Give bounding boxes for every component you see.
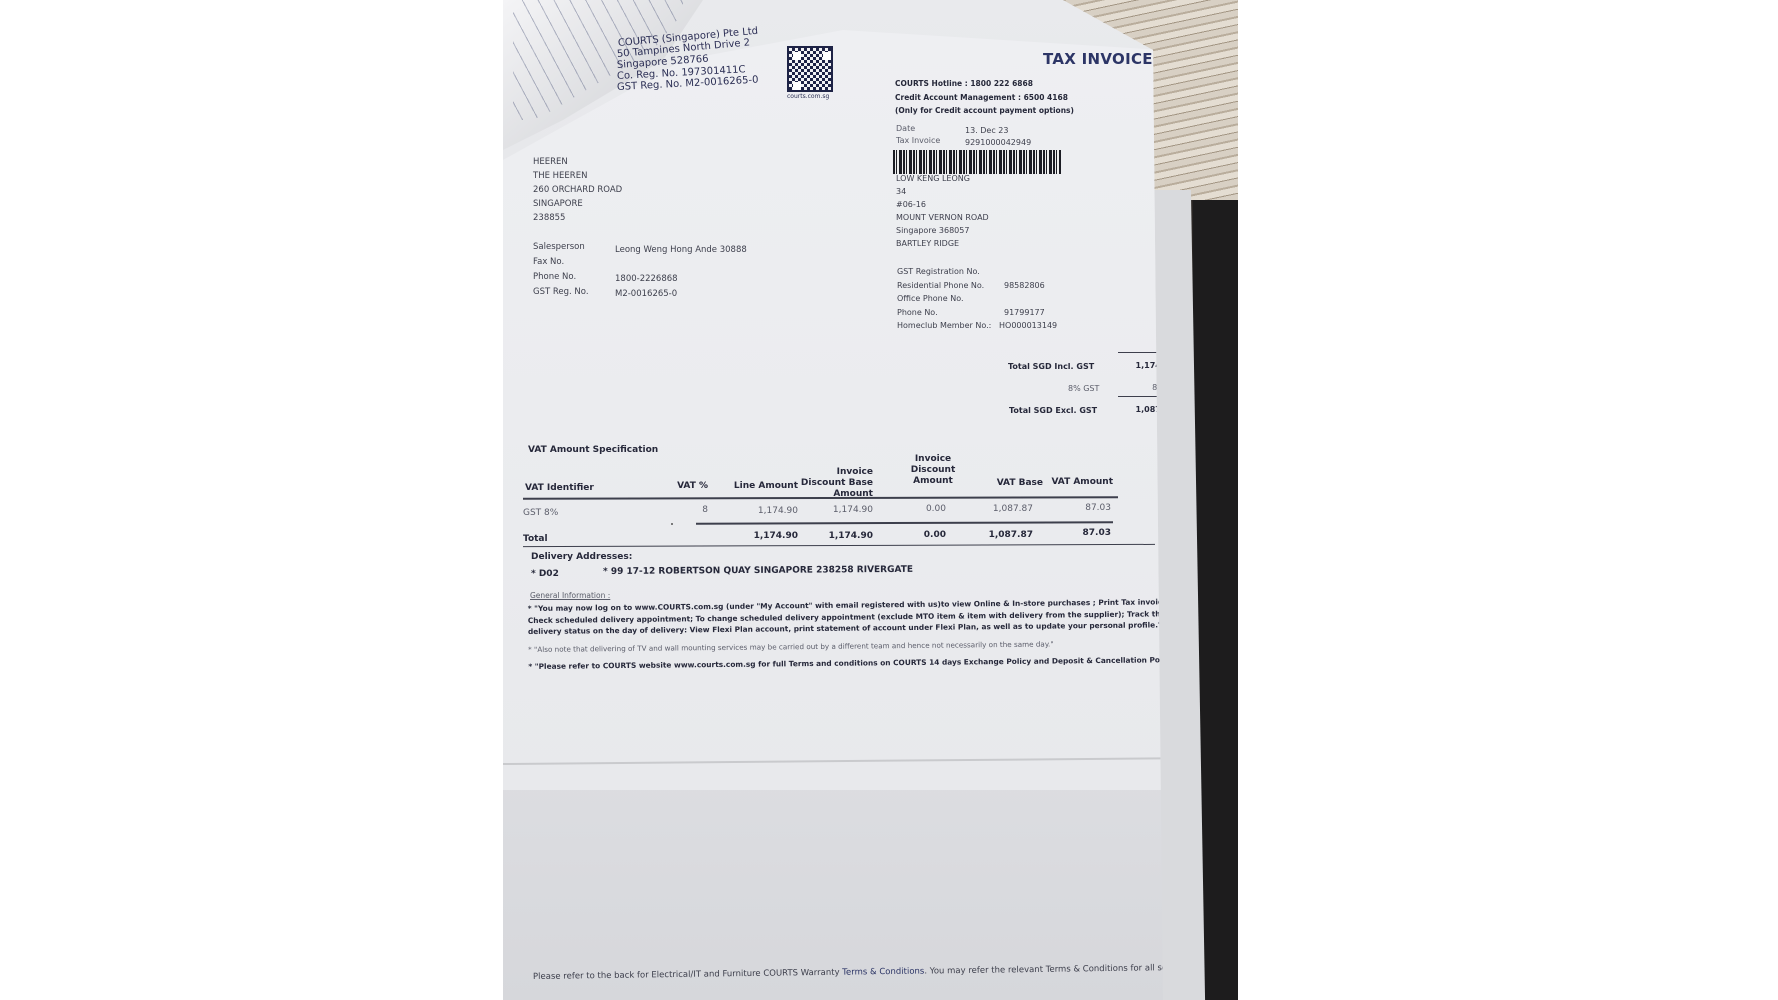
credit-hotline: Credit Account Management : 6500 4168 [895,92,1068,103]
store-address: HEEREN THE HEEREN 260 ORCHARD ROAD SINGA… [533,155,622,225]
customer-line: BARTLEY RIDGE [896,237,989,250]
hotline: COURTS Hotline : 1800 222 6868 [895,78,1033,89]
barcode-icon [893,150,1061,174]
total-vat-base: 1,087.87 [963,530,1033,541]
col-vat-amount: VAT Amount [1033,477,1113,488]
note-line: * "Also note that delivering of TV and w… [528,637,1180,655]
total-line-amount: 1,174.90 [718,531,798,542]
invoice-sheet: COURTS (Singapore) Pte Ltd 50 Tampines N… [503,0,1193,1000]
credit-note: (Only for Credit account payment options… [895,105,1074,116]
footer-text-a: Please refer to the back for Electrical/… [533,968,842,982]
document-title: TAX INVOICE [1043,50,1153,68]
customer-contact-value: HO000013149 [999,320,1057,331]
customer-line: Singapore 368057 [896,224,989,237]
tax-invoice-number: 9291000042949 [965,137,1031,148]
customer-contact-value: 91799177 [1004,307,1045,318]
invoice-photo: COURTS (Singapore) Pte Ltd 50 Tampines N… [503,0,1238,1000]
store-line: 260 ORCHARD ROAD [533,183,622,197]
date-value: 13. Dec 23 [965,125,1008,136]
cell-vat-pct: 8 [678,505,708,516]
store-line: 238855 [533,211,622,225]
general-info-heading: General Information : [530,590,610,601]
customer-line: 34 [896,185,989,198]
footer-note: Please refer to the back for Electrical/… [533,962,1230,982]
stray-mark [671,523,673,525]
qr-label: courts.com.sg [787,93,829,100]
total-excl-label: Total SGD Excl. GST [1009,405,1097,416]
store-line: THE HEEREN [533,169,622,183]
delivery-code: * D02 [531,569,559,580]
customer-line: #06-16 [896,198,989,211]
delivery-heading: Delivery Addresses: [531,552,632,563]
general-info-notes: * "You may now log on to www.COURTS.com.… [528,596,1181,672]
store-contact-value: 1800-2226868 [615,274,678,285]
col-invoice-discount-base: Invoice Discount Base Amount [793,467,873,500]
col-vat-identifier: VAT Identifier [525,483,594,494]
col-vat-pct: VAT % [658,481,708,492]
store-contact-label: Phone No. [533,272,576,283]
footer-terms-link: Terms & Conditions [842,967,924,978]
cell-vat-amount: 87.03 [1043,503,1111,514]
customer-contact-label: GST Registration No. [897,266,980,277]
cell-disc-amount: 0.00 [903,504,946,515]
delivery-address: * 99 17-12 ROBERTSON QUAY SINGAPORE 2382… [603,565,913,578]
cell-line-amount: 1,174.90 [718,506,798,517]
total-disc-base: 1,174.90 [803,531,873,542]
customer-contact-value: 98582806 [1004,280,1045,291]
customer-line: MOUNT VERNON ROAD [896,211,989,224]
store-line: HEEREN [533,155,622,169]
store-contact-value: M2-0016265-0 [615,289,677,300]
customer-line: LOW KENG LEONG [896,172,989,185]
total-incl-label: Total SGD Incl. GST [1008,361,1094,372]
store-contact-label: Fax No. [533,257,564,268]
store-line: SINGAPORE [533,197,622,211]
tax-invoice-label: Tax Invoice [896,135,940,146]
cell-vat-identifier: GST 8% [523,508,558,519]
total-vat-amount: 87.03 [1043,528,1111,539]
cell-disc-base: 1,174.90 [803,505,873,516]
qr-code-icon [787,46,833,92]
customer-contact-label: Office Phone No. [897,293,964,304]
col-line-amount: Line Amount [713,481,798,492]
cell-vat-base: 1,087.87 [963,504,1033,515]
customer-address: LOW KENG LEONG 34 #06-16 MOUNT VERNON RO… [896,172,989,250]
customer-contact-label: Phone No. [897,307,938,318]
gst-label: 8% GST [1068,383,1099,394]
total-label: Total [523,534,548,545]
customer-contact-label: Residential Phone No. [897,280,984,291]
date-label: Date [896,123,915,134]
store-contact-label: GST Reg. No. [533,287,589,298]
col-invoice-discount-amount: Invoice Discount Amount [903,454,963,487]
total-disc-amount: 0.00 [903,530,946,541]
store-contact-value: Leong Weng Hong Ande 30888 [615,245,747,256]
vat-spec-heading: VAT Amount Specification [528,445,658,456]
store-contact-label: Salesperson [533,242,585,253]
customer-contact-label: Homeclub Member No.: [897,320,991,331]
